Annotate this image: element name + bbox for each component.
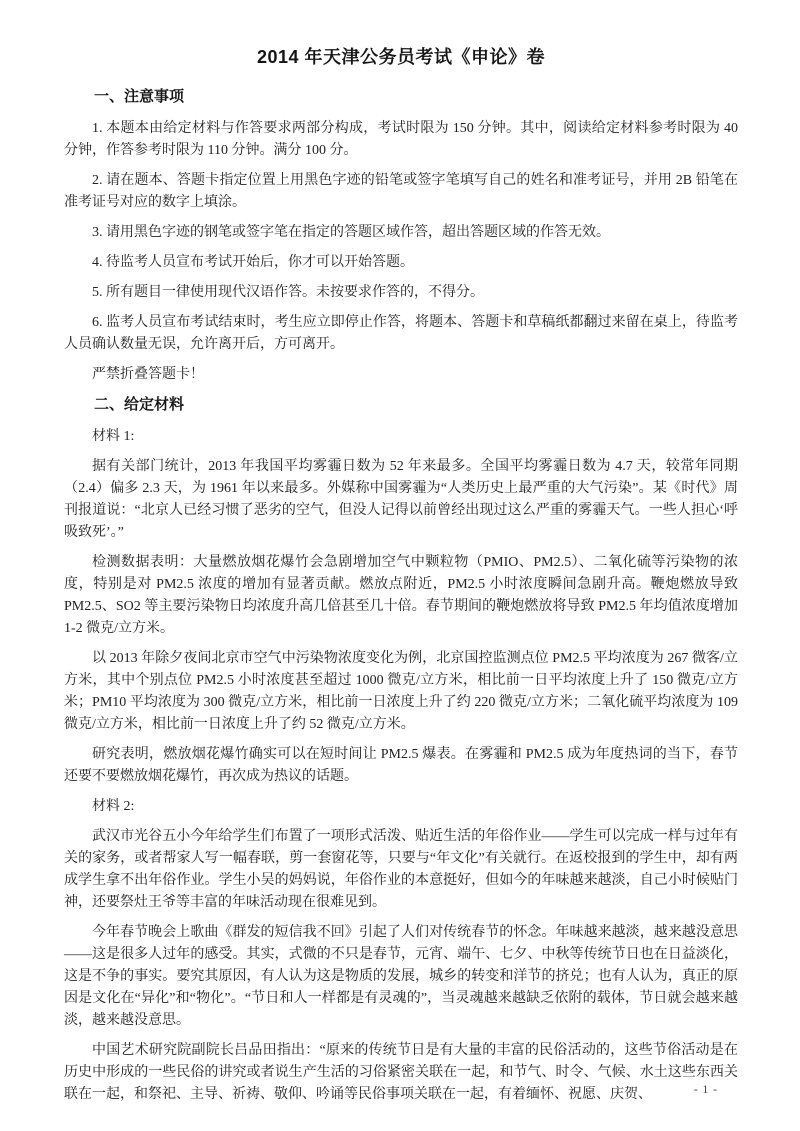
section-heading-notice: 一、注意事项 [64,86,738,108]
notice-item-2: 2. 请在题本、答题卡指定位置上用黑色字迹的铅笔或签字笔填写自己的姓名和准考证号… [64,170,738,214]
notice-item-6: 6. 监考人员宣布考试结束时，考生应立即停止作答，将题本、答题卡和草稿纸都翻过来… [64,312,738,356]
material-2-paragraph-1: 武汉市光谷五小今年给学生们布置了一项形式活泼、贴近生活的年俗作业——学生可以完成… [64,826,738,914]
material-1-paragraph-2: 检测数据表明：大量燃放烟花爆竹会急剧增加空气中颗粒物（PMIO、PM2.5）、二… [64,552,738,640]
material-2-label: 材料 2: [64,796,738,818]
notice-item-1: 1. 本题本由给定材料与作答要求两部分构成，考试时限为 150 分钟。其中，阅读… [64,118,738,162]
material-1-paragraph-3: 以 2013 年除夕夜间北京市空气中污染物浓度变化为例，北京国控监测点位 PM2… [64,648,738,736]
notice-item-5: 5. 所有题目一律使用现代汉语作答。未按要求作答的，不得分。 [64,282,738,304]
notice-warning: 严禁折叠答题卡！ [64,364,738,386]
notice-item-3: 3. 请用黑色字迹的钢笔或签字笔在指定的答题区域作答，超出答题区域的作答无效。 [64,222,738,244]
material-2-paragraph-3: 中国艺术研究院副院长吕品田指出：“原来的传统节日是有大量的丰富的民俗活动的，这些… [64,1040,738,1106]
notice-item-4: 4. 待监考人员宣布考试开始后，你才可以开始答题。 [64,252,738,274]
material-1-label: 材料 1: [64,426,738,448]
document-page: 2014 年天津公务员考试《申论》卷 一、注意事项 1. 本题本由给定材料与作答… [0,0,800,1106]
section-heading-materials: 二、给定材料 [64,394,738,416]
material-2-paragraph-2: 今年春节晚会上歌曲《群发的短信我不回》引起了人们对传统春节的怀念。年味越来越淡，… [64,922,738,1032]
document-title: 2014 年天津公务员考试《申论》卷 [64,44,738,70]
page-number: - 1 - [694,1084,718,1096]
material-1-paragraph-4: 研究表明，燃放烟花爆竹确实可以在短时间让 PM2.5 爆表。在雾霾和 PM2.5… [64,744,738,788]
material-1-paragraph-1: 据有关部门统计，2013 年我国平均雾霾日数为 52 年来最多。全国平均雾霾日数… [64,456,738,544]
